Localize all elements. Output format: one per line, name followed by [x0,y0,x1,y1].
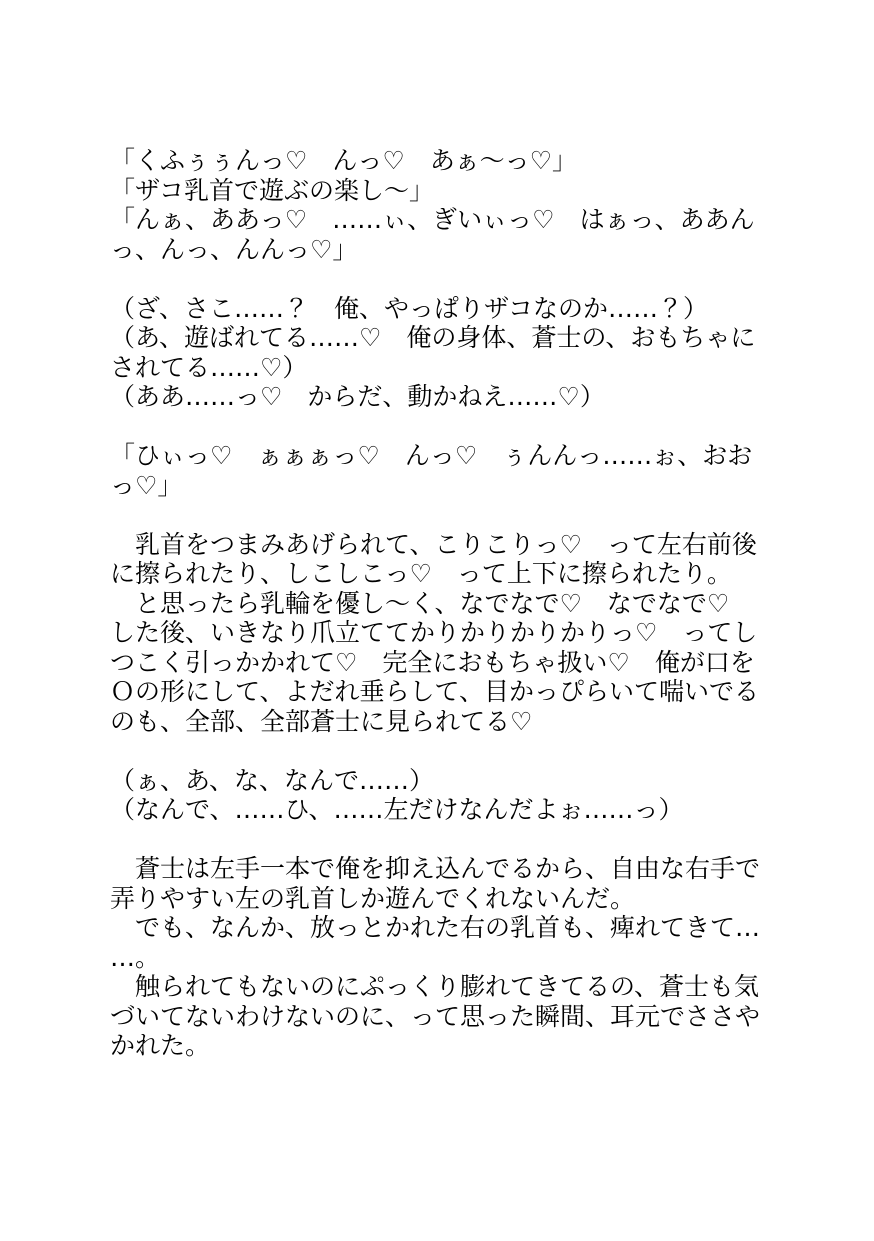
narration-block-1: 乳首をつまみあげられて、こりこりっ♡ って左右前後 に擦られたり、しこしこっ♡ … [110,530,794,737]
dialogue-block-1: 「くふぅぅんっ♡ んっ♡ あぁ～っ♡」 「ザコ乳首で遊ぶの楽し～」 「んぁ、ああ… [110,146,794,264]
narration-block-2: 蒼士は左手一本で俺を抑え込んでるから、自由な右手で 弄りやすい左の乳首しか遊んで… [110,854,794,1061]
dialogue-block-2: 「ひぃっ♡ ぁぁぁっ♡ んっ♡ ぅんんっ……ぉ、おお っ♡」 [110,441,794,500]
inner-monologue-block-1: （ざ、さこ……？ 俺、やっぱりザコなのか……？） （あ、遊ばれてる……♡ 俺の身… [110,294,794,412]
inner-monologue-block-2: （ぁ、あ、な、なんで……） （なんで、……ひ、……左だけなんだよぉ……っ） [110,766,794,825]
document-page: 「くふぅぅんっ♡ んっ♡ あぁ～っ♡」 「ザコ乳首で遊ぶの楽し～」 「んぁ、ああ… [0,0,874,1241]
